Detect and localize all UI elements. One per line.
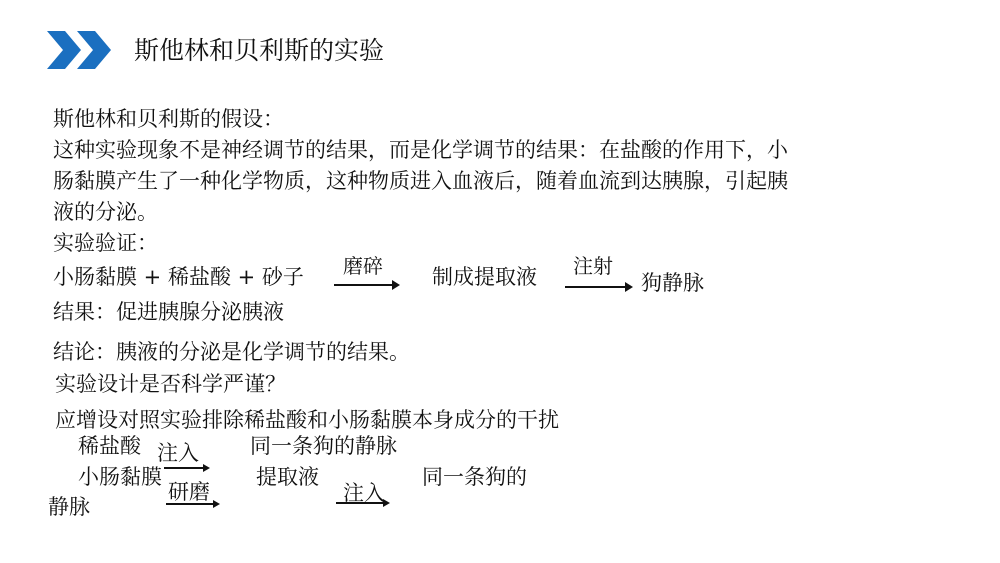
page-title: 斯他林和贝利斯的实验 xyxy=(134,33,384,69)
dog-vein-label: 狗静脉 xyxy=(641,268,704,298)
control-row2-mid: 提取液 xyxy=(256,462,319,492)
control-row1-arrow-label: 注入 xyxy=(157,438,199,468)
question-text: 实验设计是否科学严谨？ xyxy=(55,369,286,399)
control-row2-end: 同一条狗的 xyxy=(422,462,527,492)
control-row1-end: 同一条狗的静脉 xyxy=(250,431,397,461)
conclusion-text: 结论：胰液的分泌是化学调节的结果。 xyxy=(53,337,410,367)
result-text: 结果：促进胰腺分泌胰液 xyxy=(53,297,284,327)
control-row2-start: 小肠黏膜 xyxy=(78,462,162,492)
verification-heading: 实验验证： xyxy=(53,228,158,258)
grind-arrow xyxy=(334,284,398,286)
control-row2-end-wrap: 静脉 xyxy=(48,492,90,522)
control-row2-arrow2 xyxy=(336,502,388,504)
control-row2-arrow1 xyxy=(166,503,218,505)
inject-arrow xyxy=(565,286,631,288)
double-chevron-right-icon xyxy=(47,31,113,69)
hypothesis-line-3: 液的分泌。 xyxy=(53,197,158,227)
hypothesis-line-1: 这种实验现象不是神经调节的结果，而是化学调节的结果：在盐酸的作用下，小 xyxy=(53,135,788,165)
extract-label: 制成提取液 xyxy=(432,262,537,292)
inject-label: 注射 xyxy=(573,251,613,281)
control-row2-arrow2-label: 注入 xyxy=(343,478,385,508)
hypothesis-line-2: 肠黏膜产生了一种化学物质，这种物质进入血液后，随着血流到达胰腺，引起胰 xyxy=(53,166,788,196)
verification-materials: 小肠黏膜 + 稀盐酸 + 砂子 xyxy=(53,262,304,292)
control-row1-start: 稀盐酸 xyxy=(78,431,141,461)
control-row1-arrow xyxy=(164,467,208,469)
grind-label: 磨碎 xyxy=(343,251,383,281)
hypothesis-heading: 斯他林和贝利斯的假设： xyxy=(53,104,284,134)
